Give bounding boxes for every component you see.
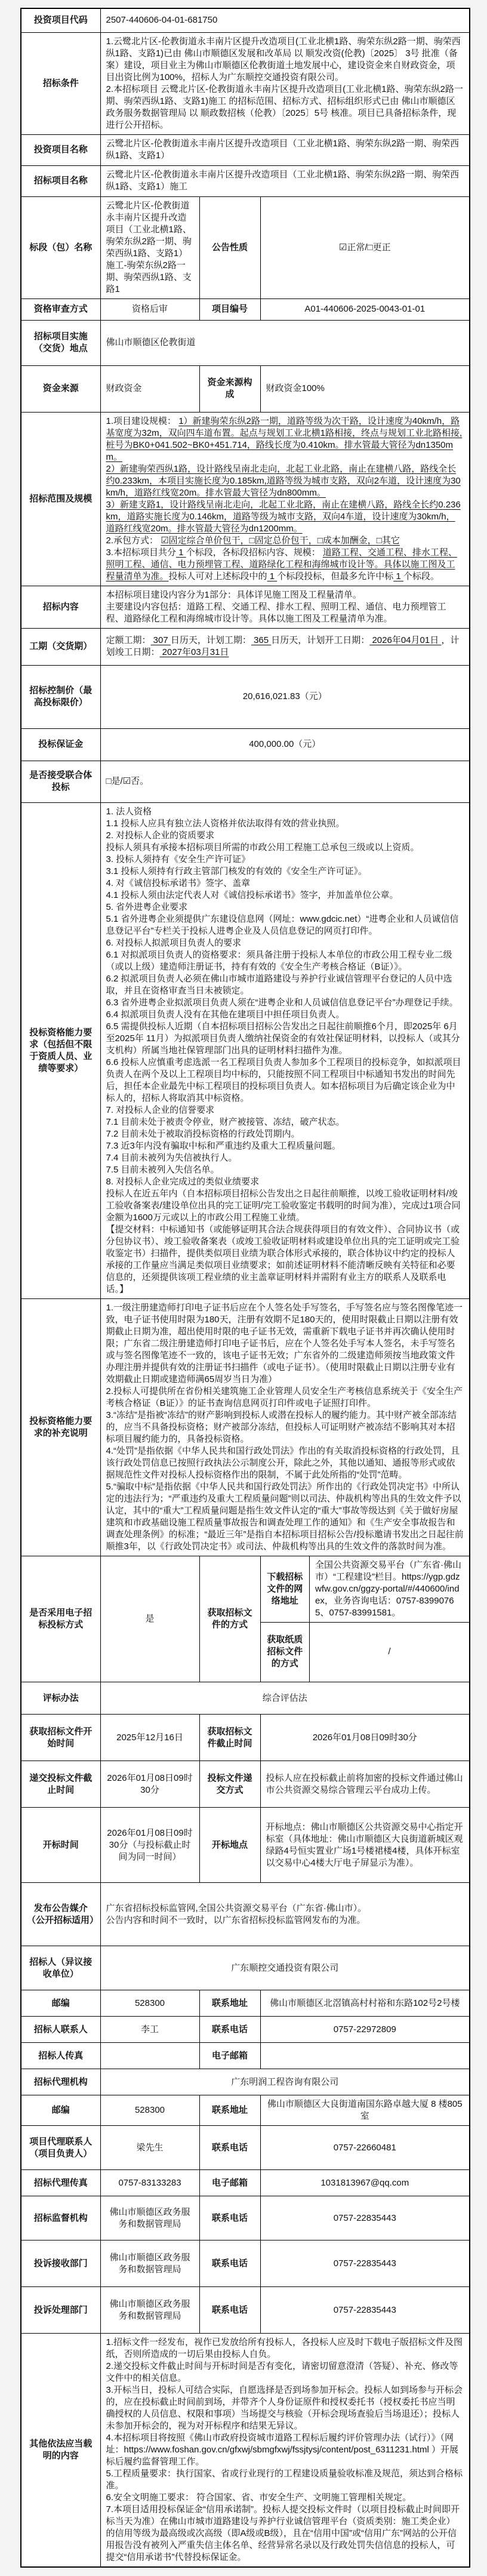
obtain-start-label: 获取招标文件开始时间 [21,1715,100,1761]
tender-project-name-label: 招标项目名称 [21,165,100,196]
agency-address-label: 联系地址 [199,2095,260,2126]
tender-announcement-page: 投资项目代码 2507-440606-04-01-681750 招标条件 1.云… [0,0,487,2576]
tender-conditions-value: 1.云鹭北片区-伦教街道永丰南片区提升改造项目(工业北横1路、驹荣东纵2路一期、… [100,32,470,134]
tender-project-name-value: 云鹭北片区-伦教街道永丰南片区提升改造项目（工业北横1路、驹荣东纵2路一期、驹荣… [100,165,470,196]
tenderer-contact-label: 招标人联系人 [21,2017,100,2043]
row-agency-fax: 招标代理传真 0757-83133283 电子邮箱 1031813967@qq.… [21,2170,470,2196]
complaint-receive-value: 佛山市顺德区政务服务和数据管理局 [100,2240,199,2287]
row-paper-method: 获取纸质招标文件的方式 / [261,1622,470,1682]
tender-conditions-label: 招标条件 [21,32,100,134]
tender-content-label: 招标内容 [21,586,100,628]
agency-value: 广东明润工程咨询有限公司 [100,2069,470,2095]
row-bid-bond: 投标保证金 400,000.00（元） [21,728,470,761]
agency-email-value: 1031813967@qq.com [260,2170,470,2196]
bid-bond-label: 投标保证金 [21,728,100,761]
row-control-price: 招标控制价（最高投标限价） 20,616,021.83（元） [21,665,470,728]
tenderer-fax-label: 招标人传真 [21,2043,100,2069]
qualification-notes-value: 1.一级注册建造师打印电子证书后应在个人签名处手写签名，手写签名应与签名图像笔迹… [100,1298,470,1556]
obtain-method-detail: 下载招标文件的网络地址 全国公共资源交易平台（广东省·佛山市）“工程建设”栏目。… [260,1556,470,1682]
agency-fax-label: 招标代理传真 [21,2170,100,2196]
opening-time-value: 2026年01月08日09时30分（与投标截止时间为同一时间） [100,1808,199,1883]
notice-nature-label: 公告性质 [199,196,260,298]
opening-place-value: 开标地点：佛山市顺德区公共资源交易中心指定开标室（具体地址：佛山市顺德区大良街道… [260,1808,470,1883]
row-opening: 开标时间 2026年01月08日09时30分（与投标截止时间为同一时间） 开标地… [21,1808,470,1883]
complaint-handle-value: 佛山市顺德区政务服务和数据管理局 [100,2287,199,2334]
agency-zip-label: 邮编 [21,2095,100,2126]
project-no-label: 项目编号 [199,298,260,320]
fund-source-value: 财政资金 [100,365,199,412]
complaint-receive-label: 投诉接收部门 [21,2240,100,2287]
obtain-method-inner-table: 下载招标文件的网络地址 全国公共资源交易平台（广东省·佛山市）“工程建设”栏目。… [261,1556,470,1682]
row-submit-deadline: 递交投标文件截止时间 2026年01月08日09时30分 投标文件递交方式 投标… [21,1761,470,1808]
agency-label: 招标代理机构 [21,2069,100,2095]
submit-deadline-label: 递交投标文件截止时间 [21,1761,100,1808]
row-tenderer: 招标人（异议接收单位） 广东顺控交通投资有限公司 [21,1946,470,1990]
agency-zip-value: 528300 [100,2095,199,2126]
download-address-value: 全国公共资源交易平台（广东省·佛山市）“工程建设”栏目。https://ygp.… [310,1556,470,1623]
tenderer-contact-value: 李工 [100,2017,199,2043]
supervisor-value: 佛山市顺德区政务服务和数据管理局 [100,2196,199,2240]
consortium-value: □是/☑否。 [100,761,470,802]
investment-project-name-value: 云鹭北片区-伦教街道永丰南片区提升改造项目（工业北横1路、驹荣东纵2路一期、驹荣… [100,134,470,165]
project-code-value: 2507-440606-04-01-681750 [100,8,470,32]
submit-deadline-value: 2026年01月08日09时30分 [100,1761,199,1808]
supervisor-phone-label: 联系电话 [199,2196,260,2240]
investment-project-name-label: 投资项目名称 [21,134,100,165]
agency-email-label: 电子邮箱 [199,2170,260,2196]
section-name-label: 标段（包）名称 [21,196,100,298]
evaluation-value: 综合评估法 [100,1682,470,1715]
e-bidding-value: 是 [100,1556,199,1682]
tenderer-phone-label: 联系电话 [199,2017,260,2043]
tenderer-address-label: 联系地址 [199,1990,260,2017]
row-other: 其他依法应当载明的内容 1.招标文件一经发布，视作已发放给所有投标人，各投标人应… [21,2334,470,2568]
tenderer-address-value: 佛山市顺德区北滘镇高村村裕和东路102号2号楼 [260,1990,470,2017]
other-label: 其他依法应当载明的内容 [21,2334,100,2568]
tenderer-zip-value: 528300 [100,1990,199,2017]
paper-method-label: 获取纸质招标文件的方式 [261,1622,310,1682]
row-complaint-handle: 投诉处理部门 佛山市顺德区政务服务和数据管理局 联系电话 0757-228354… [21,2287,470,2334]
e-bidding-label: 是否采用电子招标投标方式 [21,1556,100,1682]
duration-label: 工期（交货期） [21,628,100,665]
submit-method-value: 投标人应在投标截止前将加密的投标文件通过佛山市公共资源交易综合管理云平台成功上传… [260,1761,470,1808]
row-fund-source: 资金来源 财政资金 资金来源构成 财政资金100% [21,365,470,412]
row-qualification-review: 资格审查方式 资格后审 项目编号 A01-440606-2025-0043-01… [21,298,470,320]
row-investment-project-name: 投资项目名称 云鹭北片区-伦教街道永丰南片区提升改造项目（工业北横1路、驹荣东纵… [21,134,470,165]
agency-contact-label: 项目代理联系人（项目负责人） [21,2126,100,2170]
paper-method-value: / [310,1622,470,1682]
control-price-value: 20,616,021.83（元） [100,665,470,728]
consortium-label: 是否接受联合体投标 [21,761,100,802]
row-agency-contact: 项目代理联系人（项目负责人） 梁先生 联系电话 0757-22660481 [21,2126,470,2170]
row-qualification-notes: 投标资格能力要求的补充说明 1.一级注册建造师打印电子证书后应在个人签名处手写签… [21,1298,470,1556]
row-download-address: 下载招标文件的网络地址 全国公共资源交易平台（广东省·佛山市）“工程建设”栏目。… [261,1556,470,1623]
agency-address-value: 佛山市顺德区大良街道南国东路卓越大厦 8 楼805 室 [260,2095,470,2126]
bid-bond-value: 400,000.00（元） [100,728,470,761]
obtain-method-label: 获取招标文件的方式 [199,1556,260,1682]
fund-structure-value: 财政资金100% [260,365,470,412]
tenderer-value: 广东顺控交通投资有限公司 [100,1946,470,1990]
supervisor-label: 招标监督机构 [21,2196,100,2240]
download-address-label: 下载招标文件的网络地址 [261,1556,310,1623]
scope-value: 1.项目建设规模： 1）新建驹荣东纵2路一期，道路等级为次干路，设计速度为40k… [100,412,470,586]
qualification-notes-label: 投标资格能力要求的补充说明 [21,1298,100,1556]
row-project-code: 投资项目代码 2507-440606-04-01-681750 [21,8,470,32]
row-consortium: 是否接受联合体投标 □是/☑否。 [21,761,470,802]
row-qualification-req: 投标资格能力要求（包括但不限于资质人员、业绩等要求） 1. 法人资格1.1 投标… [21,802,470,1298]
row-tenderer-contact: 招标人联系人 李工 联系电话 0757-22972809 [21,2017,470,2043]
duration-value: 定额工期： 307 日历天，计划工期： 365 日历天，计划开工日期： 2026… [100,628,470,665]
tenderer-label: 招标人（异议接收单位） [21,1946,100,1990]
supervisor-phone-value: 0757-22835443 [260,2196,470,2240]
row-media: 发布公告媒介（公开招标适用） 广东省招标投标监管网,全国公共资源交易平台（广东省… [21,1883,470,1946]
obtain-end-value: 2026年01月08日09时30分 [260,1715,470,1761]
complaint-receive-phone-label: 联系电话 [199,2240,260,2287]
row-evaluation: 评标办法 综合评估法 [21,1682,470,1715]
row-complaint-receive: 投诉接收部门 佛山市顺德区政务服务和数据管理局 联系电话 0757-228354… [21,2240,470,2287]
complaint-handle-phone-value: 0757-22835443 [260,2287,470,2334]
row-tender-content: 招标内容 本招标项目建设内容分为1部分：具体详见施工图及工程量清单。主要建设内容… [21,586,470,628]
agency-phone-label: 联系电话 [199,2126,260,2170]
scope-label: 招标范围及规模 [21,412,100,586]
qualification-review-value: 资格后审 [100,298,199,320]
tenderer-zip-label: 邮编 [21,1990,100,2017]
tenderer-email-value [260,2043,470,2069]
row-tender-conditions: 招标条件 1.云鹭北片区-伦教街道永丰南片区提升改造项目(工业北横1路、驹荣东纵… [21,32,470,134]
delivery-place-value: 佛山市顺德区伦教街道 [100,320,470,365]
obtain-end-label: 获取招标文件截止时间 [199,1715,260,1761]
control-price-label: 招标控制价（最高投标限价） [21,665,100,728]
row-delivery-place: 招标项目实施（交货）地点 佛山市顺德区伦教街道 [21,320,470,365]
row-agency-zip: 邮编 528300 联系地址 佛山市顺德区大良街道南国东路卓越大厦 8 楼805… [21,2095,470,2126]
row-scope: 招标范围及规模 1.项目建设规模： 1）新建驹荣东纵2路一期，道路等级为次干路，… [21,412,470,586]
other-value: 1.招标文件一经发布，视作已发放给所有投标人，各投标人应及时下载电子版招标文件及… [100,2334,470,2568]
row-tenderer-zip: 邮编 528300 联系地址 佛山市顺德区北滘镇高村村裕和东路102号2号楼 [21,1990,470,2017]
fund-structure-label: 资金来源构成 [199,365,260,412]
submit-method-label: 投标文件递交方式 [199,1761,260,1808]
agency-contact-value: 梁先生 [100,2126,199,2170]
section-name-value: 云鹭北片区-伦教街道永丰南片区提升改造项目（工业北横1路、驹荣东纵2路一期、驹荣… [100,196,199,298]
tenderer-fax-value [100,2043,199,2069]
qualification-req-label: 投标资格能力要求（包括但不限于资质人员、业绩等要求） [21,802,100,1298]
notice-nature-value: ☑正常/□更正 [260,196,470,298]
evaluation-label: 评标办法 [21,1682,100,1715]
project-code-label: 投资项目代码 [21,8,100,32]
tender-content-value: 本招标项目建设内容分为1部分：具体详见施工图及工程量清单。主要建设内容包括：道路… [100,586,470,628]
qualification-review-label: 资格审查方式 [21,298,100,320]
complaint-handle-label: 投诉处理部门 [21,2287,100,2334]
row-supervisor: 招标监督机构 佛山市顺德区政务服务和数据管理局 联系电话 0757-228354… [21,2196,470,2240]
tenderer-phone-value: 0757-22972809 [260,2017,470,2043]
row-e-bidding: 是否采用电子招标投标方式 是 获取招标文件的方式 下载招标文件的网络地址 全国公… [21,1556,470,1682]
tenderer-email-label: 电子邮箱 [199,2043,260,2069]
opening-time-label: 开标时间 [21,1808,100,1883]
row-tender-project-name: 招标项目名称 云鹭北片区-伦教街道永丰南片区提升改造项目（工业北横1路、驹荣东纵… [21,165,470,196]
row-tenderer-fax: 招标人传真 电子邮箱 [21,2043,470,2069]
media-value: 广东省招标投标监管网,全国公共资源交易平台（广东省·佛山市）。公告内容和时间不一… [100,1883,470,1946]
agency-phone-value: 0757-22660481 [260,2126,470,2170]
row-agency: 招标代理机构 广东明润工程咨询有限公司 [21,2069,470,2095]
obtain-start-value: 2025年12月16日 [100,1715,199,1761]
fund-source-label: 资金来源 [21,365,100,412]
row-section-name: 标段（包）名称 云鹭北片区-伦教街道永丰南片区提升改造项目（工业北横1路、驹荣东… [21,196,470,298]
project-no-value: A01-440606-2025-0043-01-01 [260,298,470,320]
delivery-place-label: 招标项目实施（交货）地点 [21,320,100,365]
complaint-handle-phone-label: 联系电话 [199,2287,260,2334]
row-obtain-time: 获取招标文件开始时间 2025年12月16日 获取招标文件截止时间 2026年0… [21,1715,470,1761]
qualification-req-value: 1. 法人资格1.1 投标人应具有独立法人资格并依法取得有效的营业执照。2. 对… [100,802,470,1298]
tender-announcement-table: 投资项目代码 2507-440606-04-01-681750 招标条件 1.云… [20,8,470,2568]
agency-fax-value: 0757-83133283 [100,2170,199,2196]
opening-place-label: 开标地点 [199,1808,260,1883]
complaint-receive-phone-value: 0757-22835443 [260,2240,470,2287]
row-duration: 工期（交货期） 定额工期： 307 日历天，计划工期： 365 日历天，计划开工… [21,628,470,665]
media-label: 发布公告媒介（公开招标适用） [21,1883,100,1946]
